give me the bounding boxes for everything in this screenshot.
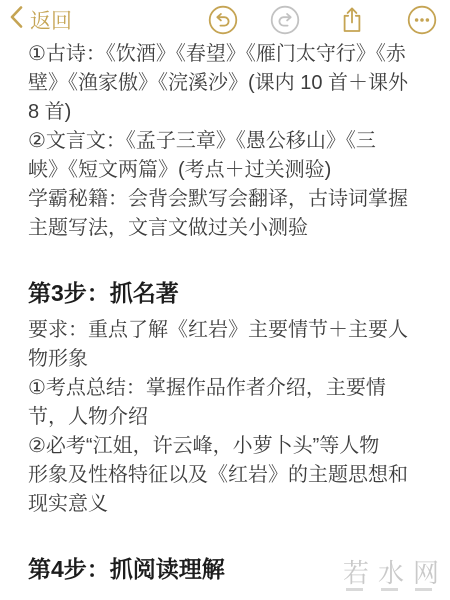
share-button[interactable] xyxy=(337,5,367,35)
undo-icon xyxy=(208,5,238,35)
redo-icon xyxy=(270,5,300,35)
watermark-underline xyxy=(346,588,432,591)
back-label: 返回 xyxy=(30,5,72,35)
note-line: 节，人物介绍 xyxy=(28,403,428,432)
note-line: 学霸秘籍：会背会默写会翻译，古诗词掌握 xyxy=(28,185,428,214)
ellipsis-icon xyxy=(407,5,437,35)
note-line: 要求：重点了解《红岩》主要情节＋主要人 xyxy=(28,316,428,345)
more-button[interactable] xyxy=(407,5,437,35)
note-line: 物形象 xyxy=(28,345,428,374)
note-line: 现实意义 xyxy=(28,490,428,519)
note-line: ①古诗：《饮酒》《春望》《雁门太守行》《赤 xyxy=(28,40,428,69)
share-icon xyxy=(337,5,367,35)
note-line: 8 首) xyxy=(28,98,428,127)
note-line: ①考点总结：掌握作品作者介绍，主要情 xyxy=(28,374,428,403)
note-heading: 第3步：抓名著 xyxy=(28,277,428,309)
note-line: 峡》《短文两篇》(考点＋过关测验) xyxy=(28,156,428,185)
note-line: 壁》《渔家傲》《浣溪沙》(课内 10 首＋课外 xyxy=(28,69,428,98)
redo-button[interactable] xyxy=(270,5,300,35)
note-line: 形象及性格特征以及《红岩》的主题思想和 xyxy=(28,461,428,490)
note-editor-area[interactable]: ①古诗：《饮酒》《春望》《雁门太守行》《赤 壁》《渔家傲》《浣溪沙》(课内 10… xyxy=(0,38,450,585)
watermark-dash xyxy=(381,588,398,591)
nav-bar: 返回 xyxy=(0,0,450,38)
watermark-dash xyxy=(415,588,432,591)
note-line: ②文言文：《孟子三章》《愚公移山》《三 xyxy=(28,127,428,156)
back-button[interactable]: 返回 xyxy=(10,5,72,35)
undo-button[interactable] xyxy=(208,5,238,35)
watermark-text: 若水网 xyxy=(343,553,448,590)
note-line: ②必考“江姐，许云峰，小萝卜头”等人物 xyxy=(28,432,428,461)
watermark-dash xyxy=(346,588,363,591)
chevron-left-icon xyxy=(10,6,23,34)
note-line: 主题写法，文言文做过关小测验 xyxy=(28,214,428,243)
